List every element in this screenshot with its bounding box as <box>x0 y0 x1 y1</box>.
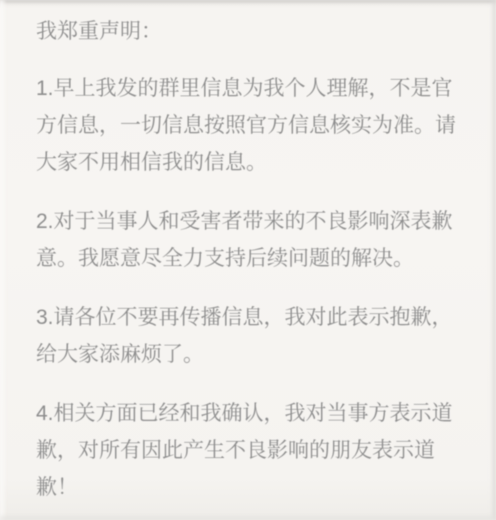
photo-edge-left <box>0 0 7 520</box>
statement-document: 我郑重声明： 1.早上我发的群里信息为我个人理解，不是官方信息，一切信息按照官方… <box>36 13 460 520</box>
statement-paragraph-3: 3.请各位不要再传播信息，我对此表示抱歉，给大家添麻烦了。 <box>36 299 460 373</box>
statement-paragraph-2: 2.对于当事人和受害者带来的不良影响深表歉意。我愿意尽全力支持后续问题的解决。 <box>36 203 460 277</box>
photo-edge-top <box>0 0 496 4</box>
statement-paragraph-4: 4.相关方面已经和我确认，我对当事方表示道歉，对所有因此产生不良影响的朋友表示道… <box>36 395 460 506</box>
photo-edge-right <box>490 0 496 520</box>
statement-paragraph-1: 1.早上我发的群里信息为我个人理解，不是官方信息，一切信息按照官方信息核实为准。… <box>36 70 460 181</box>
statement-title: 我郑重声明： <box>36 13 460 50</box>
statement-photo: 我郑重声明： 1.早上我发的群里信息为我个人理解，不是官方信息，一切信息按照官方… <box>0 0 496 520</box>
